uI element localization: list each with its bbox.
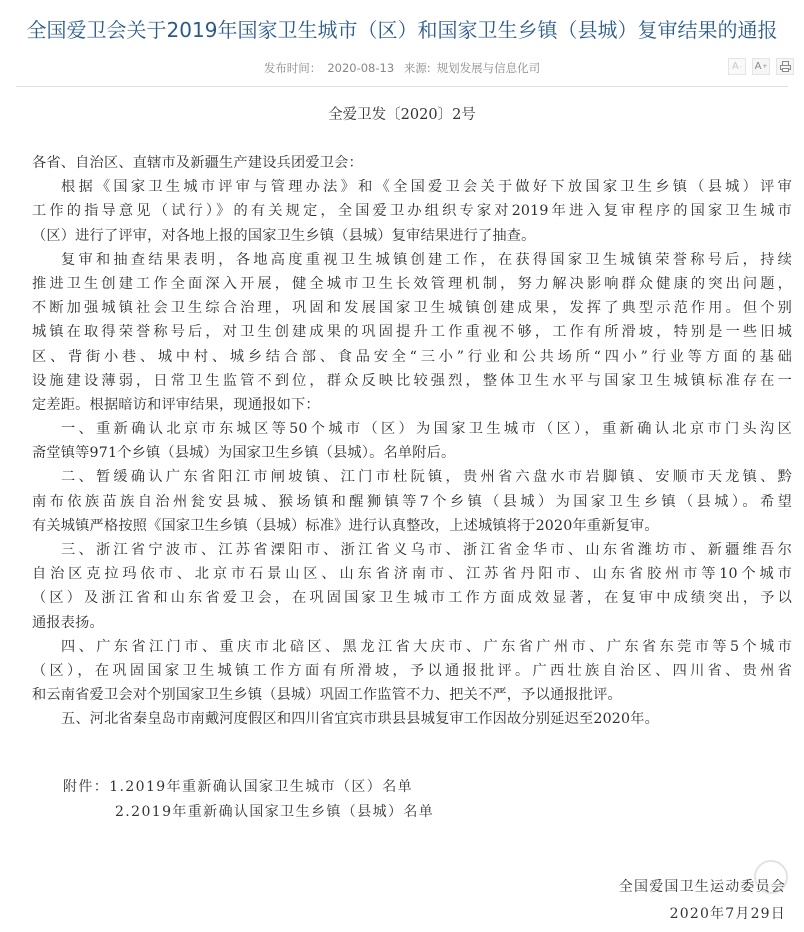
body-line: 斋堂镇等971个乡镇（县城）为国家卫生乡镇（县城）。名单附后。 [32,441,792,465]
font-decrease-button[interactable]: A- [728,58,746,75]
body-line: 自治区克拉玛依市、北京市石景山区、山东省济南市、江苏省丹阳市、山东省胶州市等10… [32,562,792,586]
font-increase-button[interactable]: A+ [752,58,770,75]
header-divider [16,86,788,87]
document-number: 全爱卫发〔2020〕2号 [0,103,804,124]
salutation: 各省、自治区、直辖市及新疆生产建设兵团爱卫会： [32,151,792,175]
page-title: 全国爱卫会关于2019年国家卫生城市（区）和国家卫生乡镇（县城）复审结果的通报 [0,14,804,43]
body-line: 区、背街小巷、城中村、城乡结合部、食品安全“三小”行业和公共场所“四小”行业等方… [32,345,792,369]
signature-date: 2020年7月29日 [619,901,786,928]
signature-block: 全国爱国卫生运动委员会 2020年7月29日 [619,874,786,928]
publish-label: 发布时间： [264,61,322,75]
body-line: 复审和抽查结果表明，各地高度重视卫生城镇创建工作，在获得国家卫生城镇荣誉称号后，… [32,248,792,272]
attachment-2[interactable]: 2.2019年重新确认国家卫生乡镇（县城）名单 [63,800,434,825]
body-line: 二、暂缓确认广东省阳江市闸坡镇、江门市杜阮镇，贵州省六盘水市岩脚镇、安顺市天龙镇… [32,465,792,489]
attachments-label: 附件： [63,779,109,795]
body-line: （区）进行了评审，对各地上报的国家卫生乡镇（县城）复审结果进行了抽查。 [32,224,792,248]
body-line: （区），在巩固国家卫生城镇工作方面有所滑坡，予以通报批评。广西壮族自治区、四川省… [32,659,792,683]
font-increase-icon: A [755,61,762,72]
body-line: 通报表扬。 [32,611,792,635]
print-icon [780,61,791,72]
body-line: 根据《国家卫生城市评审与管理办法》和《全国爱卫会关于做好下放国家卫生乡镇（县城）… [32,175,792,199]
source-value: 规划发展与信息化司 [437,61,541,75]
body-line: 五、河北省秦皇岛市南戴河度假区和四川省宜宾市珙县县城复审工作因故分别延迟至202… [32,707,792,731]
signature-org: 全国爱国卫生运动委员会 [619,874,786,901]
body-line: 设施建设薄弱，日常卫生监管不到位，群众反映比较强烈，整体卫生水平与国家卫生城镇标… [32,369,792,393]
body-line: 和云南省爱卫会对个别国家卫生乡镇（县城）巩固工作监管不力、把关不严，予以通报批评… [32,683,792,707]
body-line: 南布依族苗族自治州瓮安县城、猴场镇和醒狮镇等7个乡镇（县城）为国家卫生乡镇（县城… [32,490,792,514]
publish-date: 2020-08-13 [327,61,394,75]
body-line: （区）及浙江省和山东省爱卫会，在巩固国家卫生城市工作方面成效显著，在复审中成绩突… [32,586,792,610]
font-decrease-icon: A [732,61,739,72]
document-body: 各省、自治区、直辖市及新疆生产建设兵团爱卫会： 根据《国家卫生城市评审与管理办法… [32,151,792,732]
body-line: 不断加强城镇社会卫生综合治理，巩固和发展国家卫生城镇创建成果，发挥了典型示范作用… [32,296,792,320]
source-label: 来源: [404,61,431,75]
body-line: 工作的指导意见（试行）》的有关规定，全国爱卫办组织专家对2019年进入复审程序的… [32,199,792,223]
body-line: 有关城镇严格按照《国家卫生乡镇（县城）标准》进行认真整改，上述城镇将于2020年… [32,514,792,538]
body-line: 推进卫生创建工作全面深入开展，健全城市卫生长效管理机制，努力解决影响群众健康的突… [32,272,792,296]
body-line: 城镇在取得荣誉称号后，对卫生创建成果的巩固提升工作重视不够，工作有所滑坡，特别是… [32,320,792,344]
article-tools: A- A+ [728,58,794,75]
attachments: 附件：1.2019年重新确认国家卫生城市（区）名单 2.2019年重新确认国家卫… [63,775,434,825]
body-line: 四、广东省江门市、重庆市北碚区、黑龙江省大庆市、广东省广州市、广东省东莞市等5个… [32,635,792,659]
article-meta: 发布时间：2020-08-13 来源:规划发展与信息化司 [0,60,804,76]
attachment-1[interactable]: 附件：1.2019年重新确认国家卫生城市（区）名单 [63,775,434,800]
body-line: 定差距。根据暗访和评审结果，现通报如下： [32,393,792,417]
body-line: 一、重新确认北京市东城区等50个城市（区）为国家卫生城市（区），重新确认北京市门… [32,417,792,441]
print-button[interactable] [776,58,794,75]
body-line: 三、浙江省宁波市、江苏省溧阳市、浙江省义乌市、浙江省金华市、山东省潍坊市、新疆维… [32,538,792,562]
